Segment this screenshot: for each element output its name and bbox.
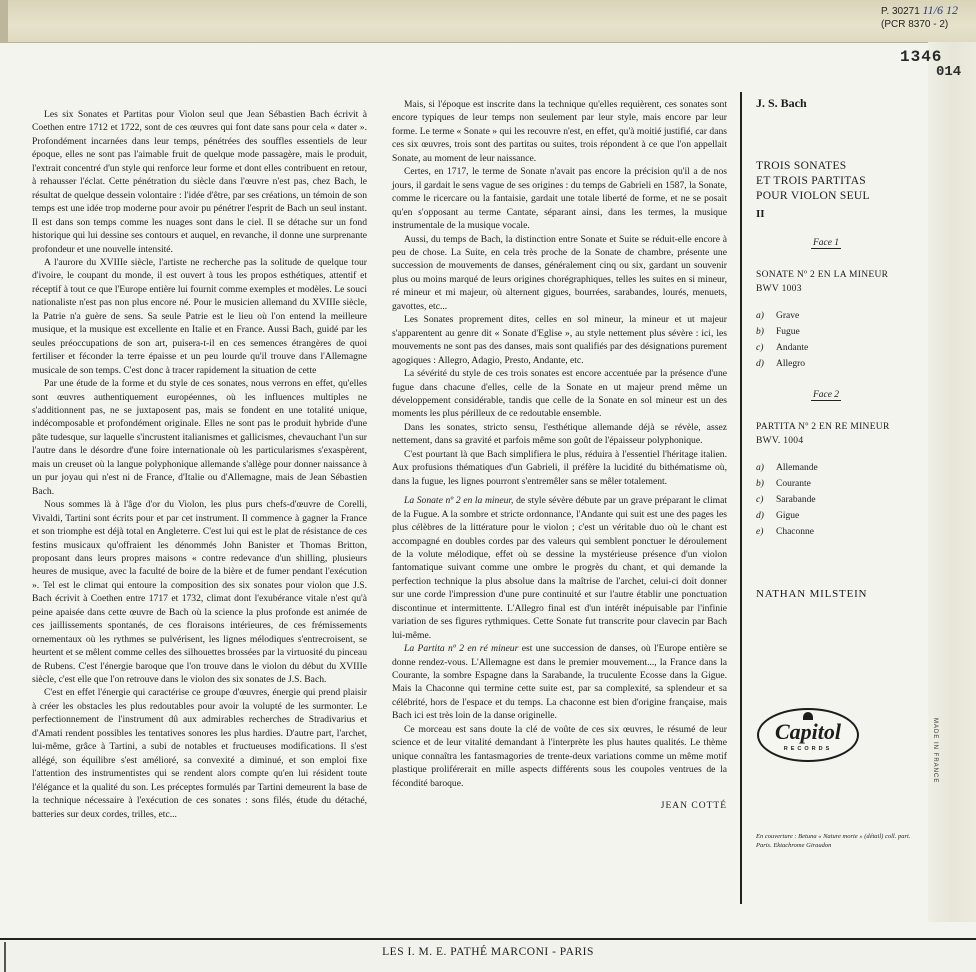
track-listing-panel: J. S. Bach TROIS SONATES ET TROIS PARTIT… [756,96,896,600]
movement: d)Allegro [756,356,896,372]
movement: b)Fugue [756,324,896,340]
paragraph: Certes, en 1717, le terme de Sonate n'av… [392,165,727,232]
paragraph: Ce morceau est sans doute la clé de voût… [392,723,727,790]
inventory-stamp: 1346 014 [900,48,968,84]
title-line: POUR VIOLON SEUL [756,189,896,204]
composer-name: J. S. Bach [756,96,896,111]
title-line: TROIS SONATES [756,159,896,174]
paragraph: C'est pourtant là que Bach simplifiera l… [392,448,727,488]
movement: a)Grave [756,308,896,324]
side-2-work: PARTITA Nº 2 EN RE MINEUR BWV. 1004 [756,420,896,448]
side-1-heading: Face 1 [756,238,896,248]
bwv-number: BWV. 1004 [756,434,896,448]
side-2-label: Face 2 [811,390,841,401]
liner-notes-left-column: Les six Sonates et Partitas pour Violon … [32,108,367,821]
side-2-heading: Face 2 [756,390,896,400]
cover-credits: En couverture : Betuna « Nature morte » … [756,832,926,850]
catalog-number: P. 30271 [881,6,920,17]
volume-number: II [756,208,896,220]
movement: e)Chaconne [756,524,896,540]
paragraph: A l'aurore du XVIIIe siècle, l'artiste n… [32,256,367,377]
work-title: SONATE Nº 2 EN LA MINEUR [756,268,896,282]
paragraph: La sévérité du style de ces trois sonate… [392,367,727,421]
side-1-work: SONATE Nº 2 EN LA MINEUR BWV 1003 [756,268,896,296]
publisher-label: LES I. M. E. PATHÉ MARCONI - PARIS [0,946,976,958]
bwv-number: BWV 1003 [756,282,896,296]
paragraph: Les Sonates proprement dites, celles en … [392,313,727,367]
sleeve-bottom-band: LES I. M. E. PATHÉ MARCONI - PARIS [0,938,976,972]
partita-text: est une succession de danses, où l'Europ… [392,643,727,721]
paragraph: Dans les sonates, stricto sensu, l'esthé… [392,421,727,448]
sleeve-corner [0,0,8,42]
paragraph: Mais, si l'époque est inscrite dans la t… [392,98,727,165]
handwritten-note: 11/6 12 [923,3,958,17]
matrix-reference: (PCR 8370 - 2) [881,18,958,31]
paragraph: Par une étude de la forme et du style de… [32,377,367,498]
performer-name: NATHAN MILSTEIN [756,588,896,600]
author-signature: JEAN COTTÉ [392,800,727,813]
side-1-movements: a)Grave b)Fugue c)Andante d)Allegro [756,308,896,372]
side-1-label: Face 1 [811,238,841,249]
movement: a)Allemande [756,460,896,476]
capitol-records-logo: Capitol RECORDS [757,708,859,762]
movement: b)Courante [756,476,896,492]
partita-title: La Partita nº 2 en ré mineur [404,643,518,654]
column-divider [740,92,742,904]
logo-brand: Capitol [759,720,857,744]
logo-subtitle: RECORDS [759,746,857,752]
paragraph: Aussi, du temps de Bach, la distinction … [392,233,727,314]
catalog-block: P. 30271 11/6 12 (PCR 8370 - 2) [881,4,958,31]
paragraph: Les six Sonates et Partitas pour Violon … [32,108,367,256]
sleeve-top-edge [0,0,976,43]
stamp-sub-number: 014 [936,64,961,80]
sonata-title: La Sonate nº 2 en la mineur, [404,495,513,506]
work-title: PARTITA Nº 2 EN RE MINEUR [756,420,896,434]
sleeve-right-edge [928,42,976,922]
liner-notes-middle-column: Mais, si l'époque est inscrite dans la t… [392,98,727,814]
paragraph: Nous sommes là à l'âge d'or du Violon, l… [32,498,367,686]
sonata-description: La Sonate nº 2 en la mineur, de style sé… [392,494,727,642]
side-2-movements: a)Allemande b)Courante c)Sarabande d)Gig… [756,460,896,540]
movement: c)Sarabande [756,492,896,508]
movement: c)Andante [756,340,896,356]
album-title: TROIS SONATES ET TROIS PARTITAS POUR VIO… [756,159,896,204]
paragraph: C'est en effet l'énergie qui caractérise… [32,686,367,821]
made-in-france-label: MADE IN FRANCE [930,718,938,783]
movement: d)Gigue [756,508,896,524]
title-line: ET TROIS PARTITAS [756,174,896,189]
sonata-text: de style sévère débute par un grave prép… [392,495,727,641]
partita-description: La Partita nº 2 en ré mineur est une suc… [392,642,727,723]
